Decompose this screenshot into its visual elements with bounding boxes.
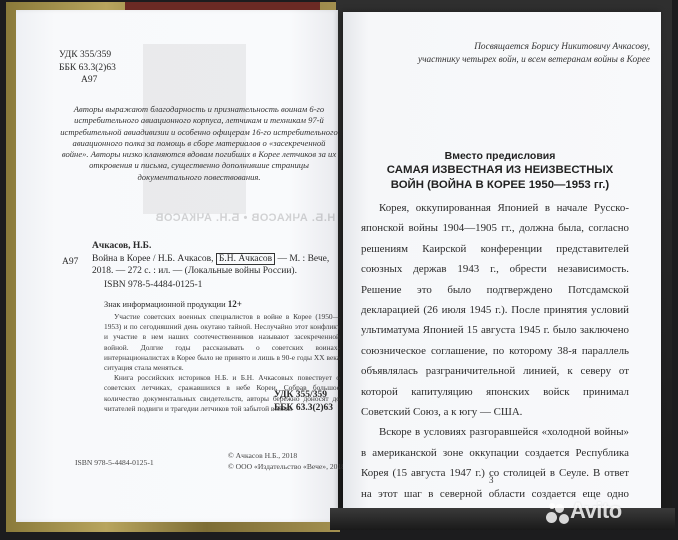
page-number: 3 — [489, 475, 494, 485]
acknowledgement-text: Авторы выражают благодарность и признате… — [60, 104, 338, 183]
catalog-isbn: ISBN 978-5-4484-0125-1 — [104, 280, 202, 290]
dedication-line: участнику четырех войн, и всем ветеранам… — [360, 54, 650, 67]
chapter-title-line: САМАЯ ИЗВЕСТНАЯ ИЗ НЕИЗВЕСТНЫХ — [352, 163, 648, 178]
bbk-code: ББК 63.3(2)63 — [59, 62, 116, 75]
catalog-description: Война в Корее / Н.Б. Ачкасов, Б.Н. Ачкас… — [62, 253, 340, 278]
chapter-body: Корея, оккупированная Японией в начале Р… — [361, 198, 629, 525]
isbn-bottom: ISBN 978-5-4484-0125-1 — [75, 458, 154, 467]
udk-code-bold: УДК 355/359 — [274, 389, 333, 402]
dedication-line: Посвящается Борису Никитовичу Ачкасову, — [360, 41, 650, 54]
age-rating: 12+ — [228, 299, 242, 309]
book-bottom-edge — [330, 508, 675, 530]
author-mark: А97 — [59, 74, 116, 87]
avito-dots-icon — [546, 503, 572, 525]
dedication: Посвящается Борису Никитовичу Ачкасову, … — [360, 41, 650, 67]
classification-bold: УДК 355/359 ББК 63.3(2)63 — [274, 389, 333, 414]
info-product-sign: Знак информационной продукции 12+ — [104, 299, 242, 309]
classification-block: УДК 355/359 ББК 63.3(2)63 А97 — [59, 49, 116, 87]
avito-watermark: Avito — [570, 498, 622, 524]
copyright-block: © Ачкасов Н.Б., 2018 © ООО «Издательство… — [228, 451, 345, 472]
chapter-pretitle: Вместо предисловия — [352, 150, 648, 163]
body-paragraph: Корея, оккупированная Японией в начале Р… — [361, 198, 629, 422]
catalog-card: Ачкасов, Н.Б. А97 Война в Корее / Н.Б. А… — [62, 240, 340, 278]
bleed-through-text: Н.Б. АЧКАСОВ • Б.Н. АЧКАСОВ — [155, 212, 335, 224]
udk-code: УДК 355/359 — [59, 49, 116, 62]
catalog-title: Война в Корее / Н.Б. Ачкасов, — [92, 254, 214, 264]
info-sign-label: Знак информационной продукции — [104, 300, 226, 309]
copyright-line: © Ачкасов Н.Б., 2018 — [228, 451, 345, 462]
bbk-code-bold: ББК 63.3(2)63 — [274, 402, 333, 415]
copyright-line: © ООО «Издательство «Вече», 2018 — [228, 462, 345, 473]
catalog-author: Ачкасов, Н.Б. — [62, 240, 340, 253]
chapter-heading: Вместо предисловия САМАЯ ИЗВЕСТНАЯ ИЗ НЕ… — [352, 150, 648, 193]
catalog-coauthor: Б.Н. Ачкасов — [216, 253, 275, 265]
annotation-paragraph: Участие советских военных специалистов в… — [104, 312, 340, 373]
chapter-title-line: ВОЙН (ВОЙНА В КОРЕЕ 1950—1953 гг.) — [352, 178, 648, 193]
catalog-code: А97 — [62, 256, 78, 269]
